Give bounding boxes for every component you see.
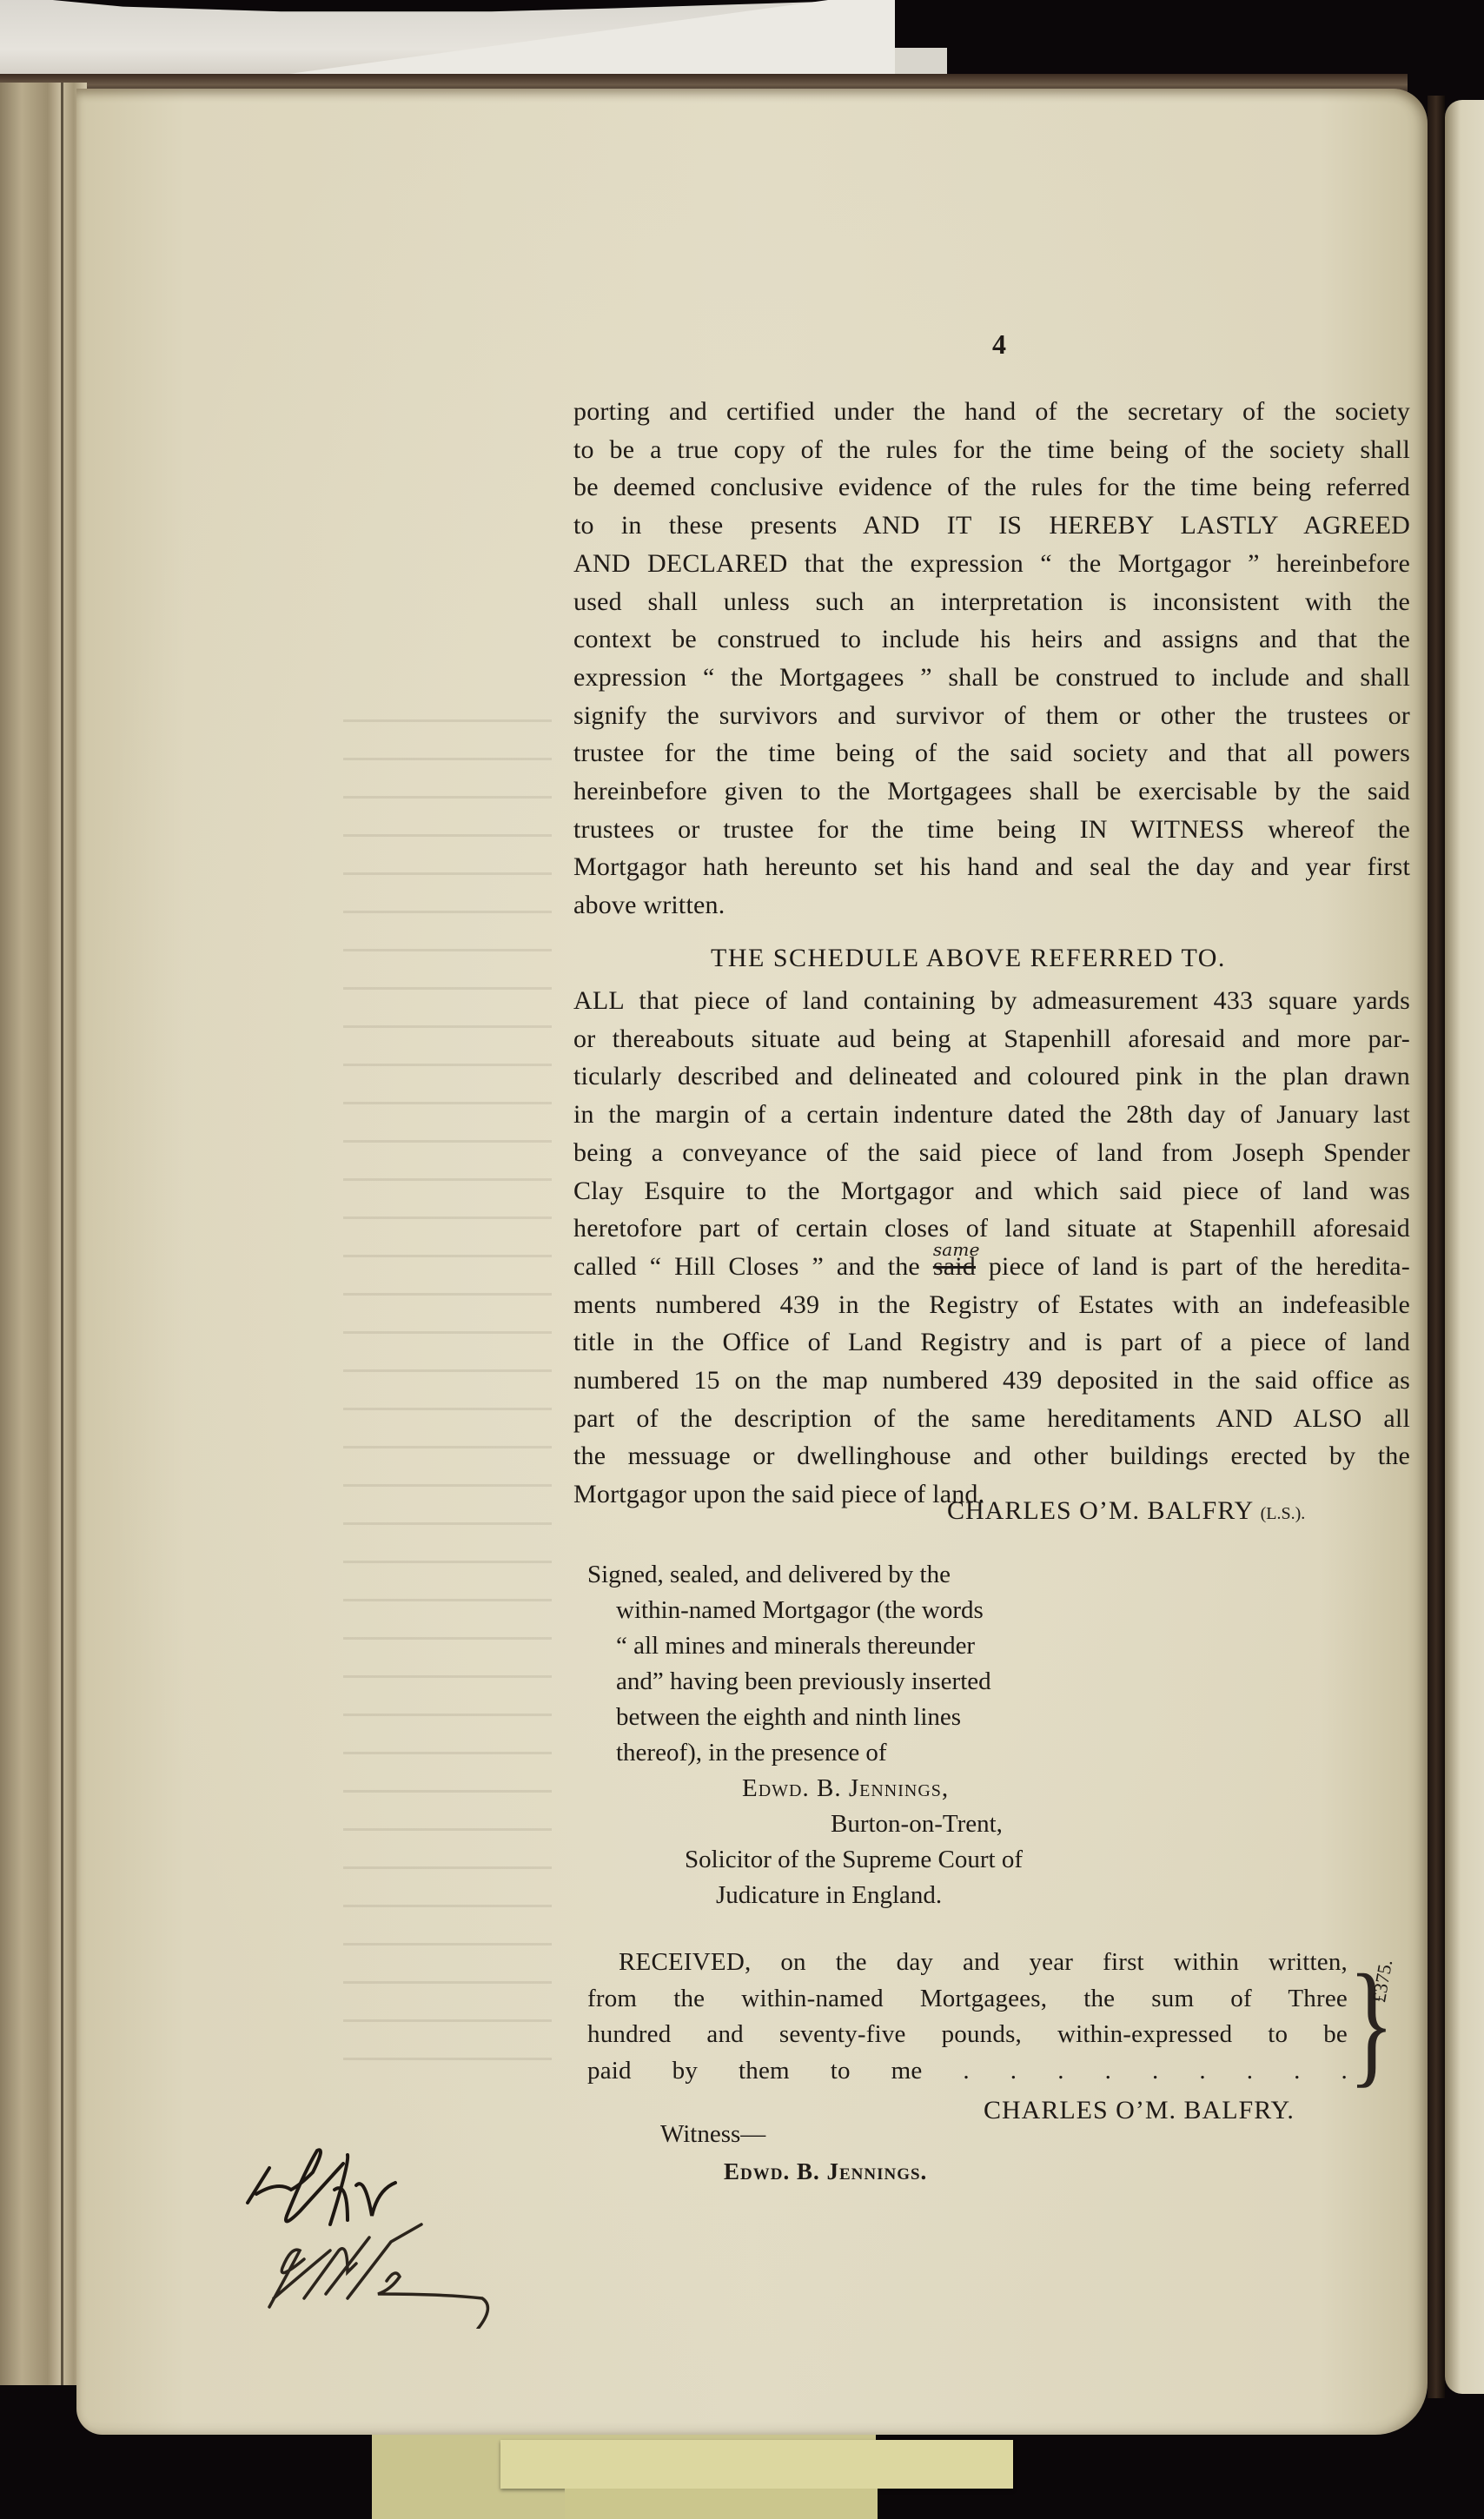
deed-body-paragraph: porting and certified under the hand of … xyxy=(573,393,1410,925)
facing-page-edge xyxy=(1445,100,1484,2394)
body-line: expression “ the Mortgagees ” shall be c… xyxy=(573,659,1410,697)
body-line: used shall unless such an interpretation… xyxy=(573,583,1410,621)
schedule-heading: THE SCHEDULE ABOVE REFERRED TO. xyxy=(711,944,1226,973)
paper-tab-bottom xyxy=(565,2489,878,2519)
receipt-signature: CHARLES O’M. BALFRY. xyxy=(984,2096,1295,2125)
receipt-witness-name: Edwd. B. Jennings. xyxy=(724,2158,927,2185)
body-line: signify the survivors and survivor of th… xyxy=(573,697,1410,735)
body-line: trustee for the time being of the said s… xyxy=(573,734,1410,772)
signatory-name: CHARLES O’M. BALFRY xyxy=(947,1496,1253,1525)
witness-title: Judicature in England. xyxy=(587,1878,1023,1913)
body-line: trustees or trustee for the time being I… xyxy=(573,811,1410,849)
schedule-line: Clay Esquire to the Mortgagor and which … xyxy=(573,1172,1410,1210)
receipt-line: paid by them to me . . . . . . . . . xyxy=(587,2053,1348,2090)
body-line: AND DECLARED that the expression “ the M… xyxy=(573,545,1410,583)
witness-name: Edwd. B. Jennings, xyxy=(587,1771,1023,1806)
handwritten-initials-icon xyxy=(217,2120,504,2329)
schedule-line: numbered 15 on the map numbered 439 depo… xyxy=(573,1362,1410,1400)
correction-after: piece of land is part of the heredita- xyxy=(976,1252,1410,1281)
body-line: hereinbefore given to the Mortgagees sha… xyxy=(573,772,1410,811)
attestation-line: Signed, sealed, and delivered by the xyxy=(587,1557,1023,1593)
paper-tab-top xyxy=(500,2440,1013,2489)
book-block-edges xyxy=(0,83,87,2385)
witness-label: Witness— xyxy=(660,2120,765,2149)
struck-word: samesaid xyxy=(933,1252,976,1281)
attestation-line: thereof), in the presence of xyxy=(587,1735,1023,1771)
receipt-line: hundred and seventy-five pounds, within-… xyxy=(587,2017,1348,2053)
schedule-line: in the margin of a certain indenture dat… xyxy=(573,1096,1410,1134)
seal-mark: (L.S.). xyxy=(1261,1504,1306,1523)
schedule-line-corrected: called “ Hill Closes ” and the samesaid … xyxy=(573,1248,1410,1286)
body-line: context be construed to include his heir… xyxy=(573,620,1410,659)
body-line: to in these presents AND IT IS HEREBY LA… xyxy=(573,507,1410,545)
handwritten-insertion: same xyxy=(933,1231,980,1269)
show-through-text xyxy=(343,695,552,2085)
body-line: be deemed conclusive evidence of the rul… xyxy=(573,468,1410,507)
attestation-line: and” having been previously inserted xyxy=(587,1664,1023,1700)
schedule-line: being a conveyance of the said piece of … xyxy=(573,1134,1410,1172)
body-line: porting and certified under the hand of … xyxy=(573,393,1410,431)
schedule-line: heretofore part of certain closes of lan… xyxy=(573,1210,1410,1248)
schedule-line: ments numbered 439 in the Registry of Es… xyxy=(573,1286,1410,1324)
schedule-line: part of the description of the same here… xyxy=(573,1400,1410,1438)
receipt-clause: RECEIVED, on the day and year first with… xyxy=(587,1945,1348,2089)
schedule-paragraph: ALL that piece of land containing by adm… xyxy=(573,982,1410,1514)
correction-before: called “ Hill Closes ” and the xyxy=(573,1252,933,1281)
page-number: 4 xyxy=(992,328,1006,361)
attestation-line: between the eighth and ninth lines xyxy=(587,1700,1023,1735)
schedule-line: title in the Office of Land Registry and… xyxy=(573,1323,1410,1362)
schedule-line: the messuage or dwellinghouse and other … xyxy=(573,1437,1410,1475)
receipt-line: from the within-named Mortgagees, the su… xyxy=(587,1981,1348,2018)
attestation-clause: Signed, sealed, and delivered by the wit… xyxy=(587,1557,1023,1913)
body-line: above written. xyxy=(573,886,1410,925)
schedule-line: or thereabouts situate aud being at Stap… xyxy=(573,1020,1410,1058)
body-line: to be a true copy of the rules for the t… xyxy=(573,431,1410,469)
schedule-line: ticularly described and delineated and c… xyxy=(573,1057,1410,1096)
receipt-line: RECEIVED, on the day and year first with… xyxy=(587,1945,1348,1981)
body-line: Mortgagor hath hereunto set his hand and… xyxy=(573,848,1410,886)
attestation-line: within-named Mortgagor (the words xyxy=(587,1593,1023,1628)
binding-gutter xyxy=(1428,96,1445,2398)
witness-title: Solicitor of the Supreme Court of xyxy=(587,1842,1023,1878)
attestation-line: “ all mines and minerals thereunder xyxy=(587,1628,1023,1664)
mortgagor-signature: CHARLES O’M. BALFRY (L.S.). xyxy=(947,1496,1305,1526)
schedule-line: ALL that piece of land containing by adm… xyxy=(573,982,1410,1020)
witness-town: Burton-on-Trent, xyxy=(587,1806,1023,1842)
